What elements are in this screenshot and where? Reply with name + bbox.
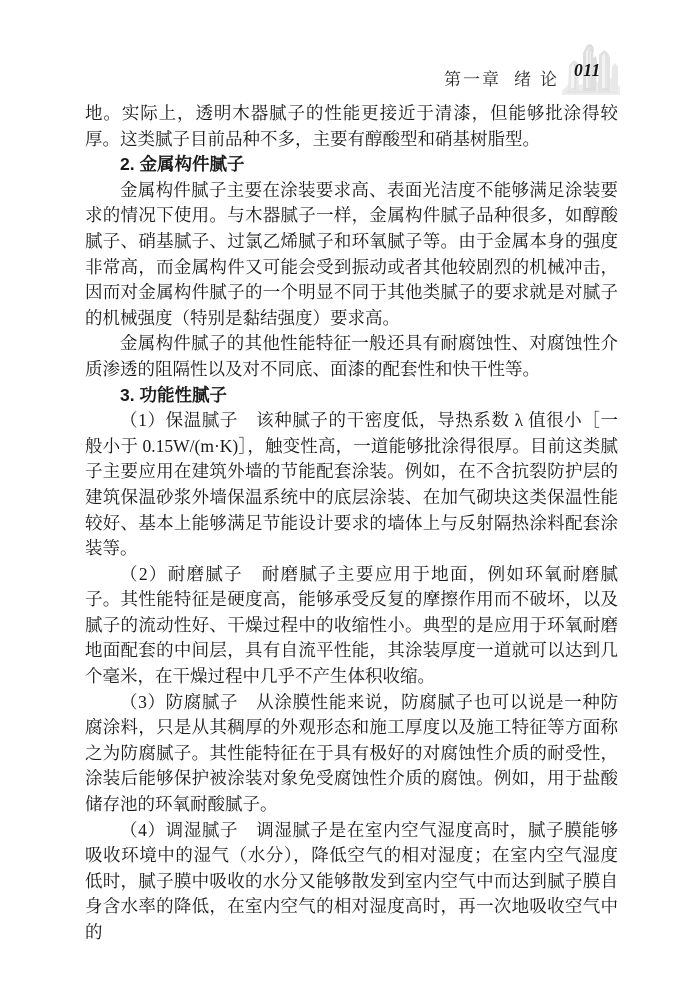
paragraph: 金属构件腻子主要在涂装要求高、表面光洁度不能够满足涂装要求的情况下使用。与木器腻… bbox=[85, 178, 618, 332]
section-heading-metal-putty: 2. 金属构件腻子 bbox=[85, 152, 618, 178]
running-header: 第一章 绪 论 011 bbox=[444, 44, 620, 98]
chapter-label: 第一章 bbox=[444, 71, 501, 88]
paragraph-continuation: 地。实际上，透明木器腻子的性能更接近于清漆，但能够批涂得较厚。这类腻子目前品种不… bbox=[85, 101, 618, 152]
paragraph-thermal-putty: （1）保温腻子 该种腻子的干密度低，导热系数 λ 值很小［一般小于 0.15W/… bbox=[85, 408, 618, 562]
section-title-char-1: 绪 bbox=[514, 71, 531, 88]
paragraph-anticorrosion-putty: （3）防腐腻子 从涂膜性能来说，防腐腻子也可以说是一种防腐涂料，只是从其稠厚的外… bbox=[85, 690, 618, 818]
section-heading-functional-putty: 3. 功能性腻子 bbox=[85, 383, 618, 409]
section-title-char-2: 论 bbox=[540, 71, 557, 88]
page-number-block: 011 bbox=[562, 44, 620, 98]
paragraph: 金属构件腻子的其他性能特征一般还具有耐腐蚀性、对腐蚀性介质渗透的阻隔性以及对不同… bbox=[85, 331, 618, 382]
body-text: 地。实际上，透明木器腻子的性能更接近于清漆，但能够批涂得较厚。这类腻子目前品种不… bbox=[85, 101, 618, 946]
paragraph-wear-resistant-putty: （2）耐磨腻子 耐磨腻子主要应用于地面，例如环氧耐磨腻子。其性能特征是硬度高，能… bbox=[85, 562, 618, 690]
book-page: 第一章 绪 论 011 地。实际上，透明木器腻子的性能更接近于清漆， bbox=[0, 0, 700, 1002]
paragraph-humidity-putty: （4）调湿腻子 调湿腻子是在室内空气湿度高时，腻子膜能够吸收环境中的湿气（水分）… bbox=[85, 818, 618, 946]
page-number: 011 bbox=[574, 60, 601, 81]
